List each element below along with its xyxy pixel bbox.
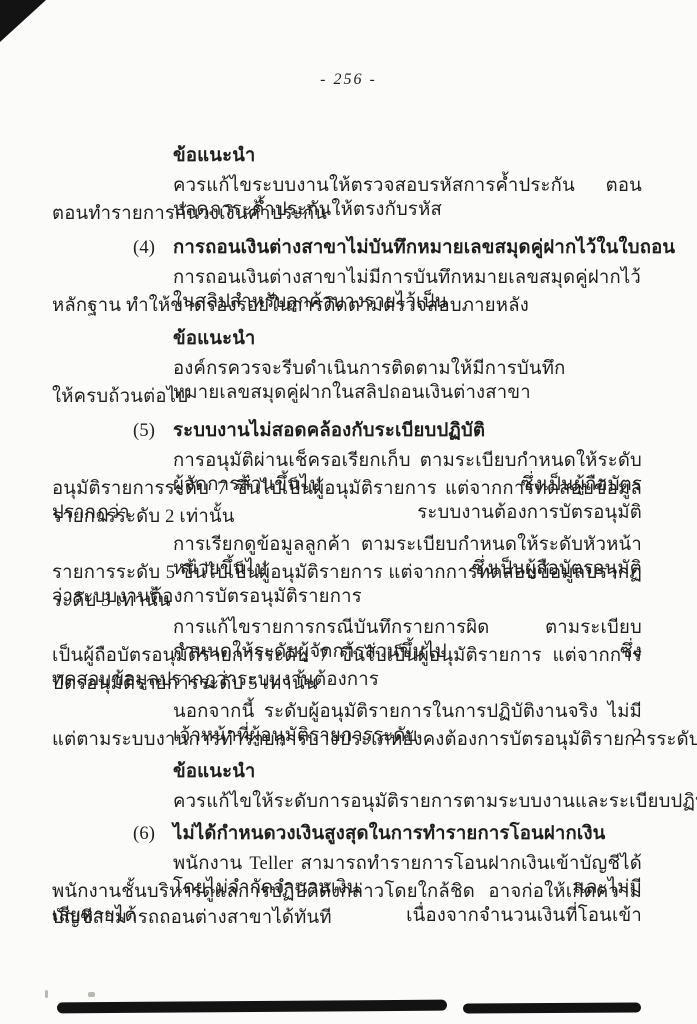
advice-heading: ข้อแนะนำ [173,144,256,168]
scan-smear-right [463,1003,641,1014]
body-line: รายการระดับ 2 เท่านั้น [52,505,235,529]
advice-heading: ข้อแนะนำ [173,760,256,784]
page-number: - 256 - [0,68,697,92]
item-number: (4) [133,236,155,260]
scan-corner-artifact [0,0,46,42]
item-number: (5) [133,419,155,443]
body-line: ระดับ 3 เท่านั้น [52,589,171,613]
body-line: ตอนทำรายการกันวงเงินค้ำประกัน [52,202,327,226]
scan-speck [88,992,95,997]
item-number: (6) [133,822,155,846]
body-line: ควรแก้ไขให้ระดับการอนุมัติรายการตามระบบง… [173,790,697,814]
body-line: บัตรอนุมัติรายการระดับ 5 เท่านั้น [52,672,318,696]
scan-speck [45,990,48,998]
advice-heading: ข้อแนะนำ [173,327,256,351]
item-heading: ระบบงานไม่สอดคล้องกับระเบียบปฏิบัติ [173,419,485,443]
body-line: องค์กรควรจะรีบดำเนินการติดตามให้มีการบัน… [173,357,642,405]
scan-smear-left [57,1000,447,1014]
body-line: แต่ตามระบบงานการทำรายการบางประเภทยังคงต้… [52,728,697,752]
body-line: ให้ครบถ้วนต่อไป [52,385,188,409]
item-heading: ไม่ได้กำหนดวงเงินสูงสุดในการทำรายการโอนฝ… [173,822,606,846]
document-page: - 256 -ข้อแนะนำควรแก้ไขระบบงานให้ตรวจสอบ… [0,0,697,1024]
body-line: หลักฐาน ทำให้ขาดร่องรอยในการติดตามตรวจสอ… [52,294,529,318]
body-line: บัญชีสามารถถอนต่างสาขาได้ทันที [52,906,332,930]
item-heading: การถอนเงินต่างสาขาไม่บันทึกหมายเลขสมุดคู… [173,236,675,260]
